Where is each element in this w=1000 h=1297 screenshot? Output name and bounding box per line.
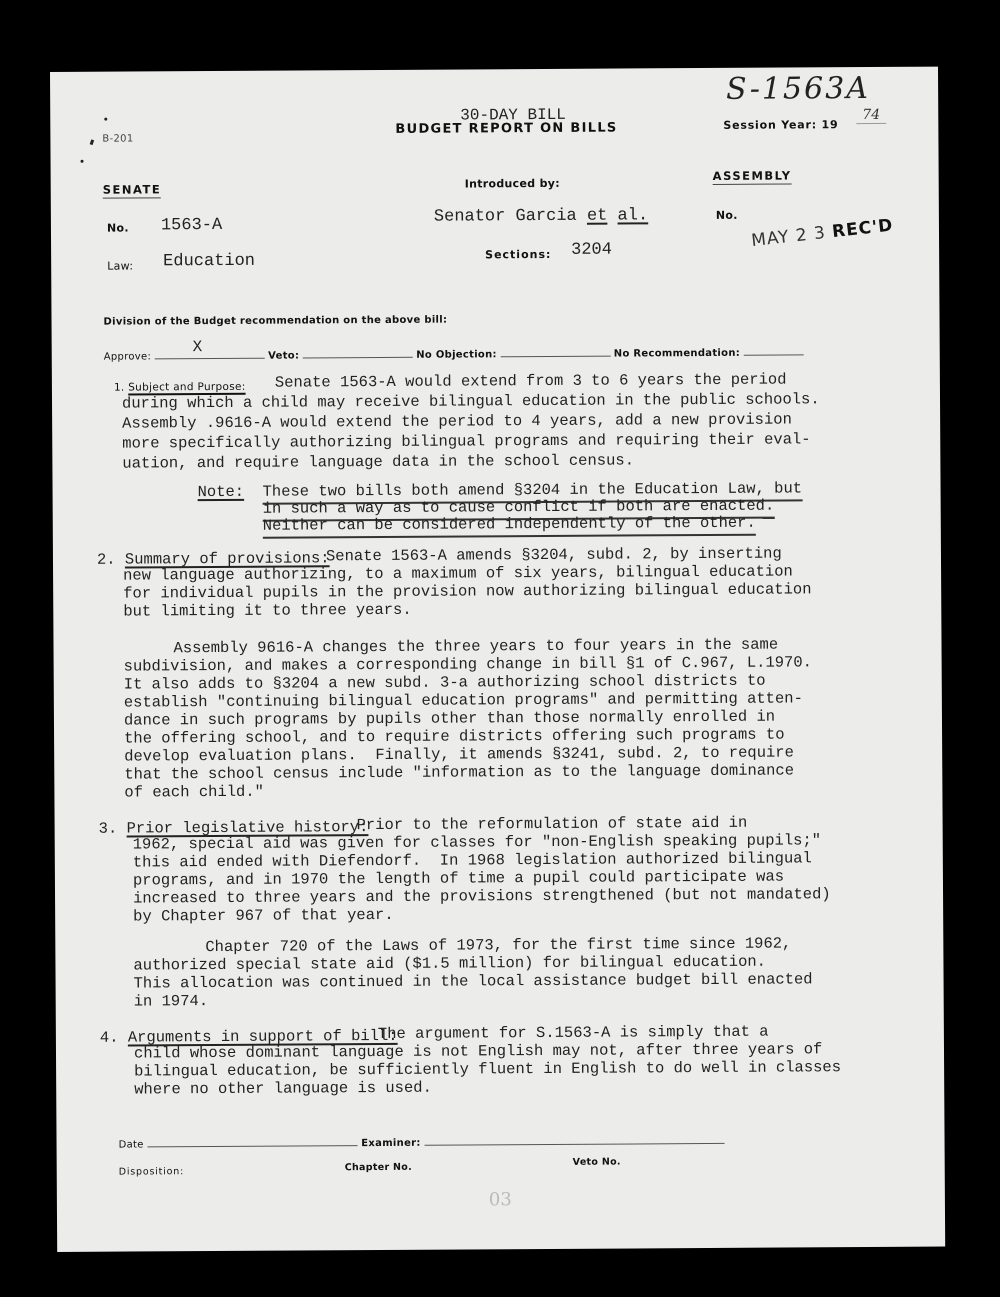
senate-label: SENATE [103,182,162,198]
examiner-field[interactable] [424,1131,724,1146]
form-title-line2: BUDGET REPORT ON BILLS [395,121,617,137]
section-3-line-5: by Chapter 967 of that year. [133,905,394,927]
note-line-2: Neither can be considered independently … [263,513,756,539]
section-2-line-3: but limiting it to three years. [123,600,411,622]
section-1-line-3: more specifically authorizing bilingual … [122,429,810,454]
punch-mark [104,118,107,121]
section-number: 1. [114,382,125,394]
senate-no-label: No. [107,222,129,235]
date-label: Date [119,1139,144,1150]
assembly-label: ASSEMBLY [713,168,792,184]
law-value: Education [163,252,255,272]
approve-label: Approve: [104,351,151,362]
footer-row-1: Date Examiner: [118,1131,724,1151]
recommendation-heading: Division of the Budget recommendation on… [103,315,447,328]
section-number: 2. [97,551,116,569]
no-recommendation-label: No Recommendation: [614,348,740,360]
form-code: B-201 [102,133,133,144]
veto-field[interactable] [303,345,413,359]
sponsor-name: Senator Garcia [434,207,587,227]
recommendation-row: Approve: X Veto: No Objection: No Recomm… [104,342,804,362]
sections-value: 3204 [571,241,612,260]
examiner-label: Examiner: [361,1138,420,1149]
section-2-para2-line-8: of each child." [124,782,264,803]
punch-mark [81,160,84,163]
veto-label: Veto: [268,350,299,361]
section-number: 4. [100,1029,119,1047]
received-stamp: MAY 2 3 REC'D [750,215,894,251]
assembly-no-label: No. [716,209,738,222]
approve-mark: X [193,338,203,356]
section-3-para2-line-2: This allocation was continued in the loc… [134,969,813,994]
approve-field[interactable]: X [155,346,265,360]
sponsor-al: al. [617,206,648,225]
sections-label: Sections: [485,248,551,261]
sponsor-et: et [587,207,608,226]
session-year-value: 74 [856,107,886,124]
date-field[interactable] [147,1133,357,1147]
no-objection-label: No Objection: [416,349,497,360]
disposition-label: Disposition: [119,1166,184,1177]
section-1-line-4: uation, and require language data in the… [122,450,634,474]
law-label: Law: [107,259,133,272]
session-year-label: Session Year: 19 [723,118,838,132]
introduced-by-label: Introduced by: [465,177,560,191]
section-1-heading: 1. Subject and Purpose: [114,381,246,394]
section-4-line-3: where no other language is used. [134,1078,432,1100]
note-label: Note: [198,482,245,503]
note-text: Neither can be considered independently … [263,513,756,539]
chapter-no-label: Chapter No. [345,1162,412,1173]
document-page: B-201 30-DAY BILL BUDGET REPORT ON BILLS… [50,67,945,1252]
stamp-date: MAY 2 3 [750,223,827,251]
no-objection-field[interactable] [500,344,610,358]
section-number: 3. [99,820,118,838]
section-heading-text: Subject and Purpose: [128,381,245,394]
introduced-by-value: Senator Garcia et al. [434,206,648,226]
no-recommendation-field[interactable] [743,342,803,355]
senate-no-value: 1563-A [161,216,222,235]
page-mark: 03 [489,1189,512,1210]
handwritten-bill-ref: S-1563A [726,71,870,107]
note-label-text: Note: [198,483,245,501]
section-3-para2-line-3: in 1974. [134,991,209,1012]
stamp-text: REC'D [831,215,894,242]
veto-no-label: Veto No. [573,1157,621,1168]
punch-mark [90,139,95,145]
